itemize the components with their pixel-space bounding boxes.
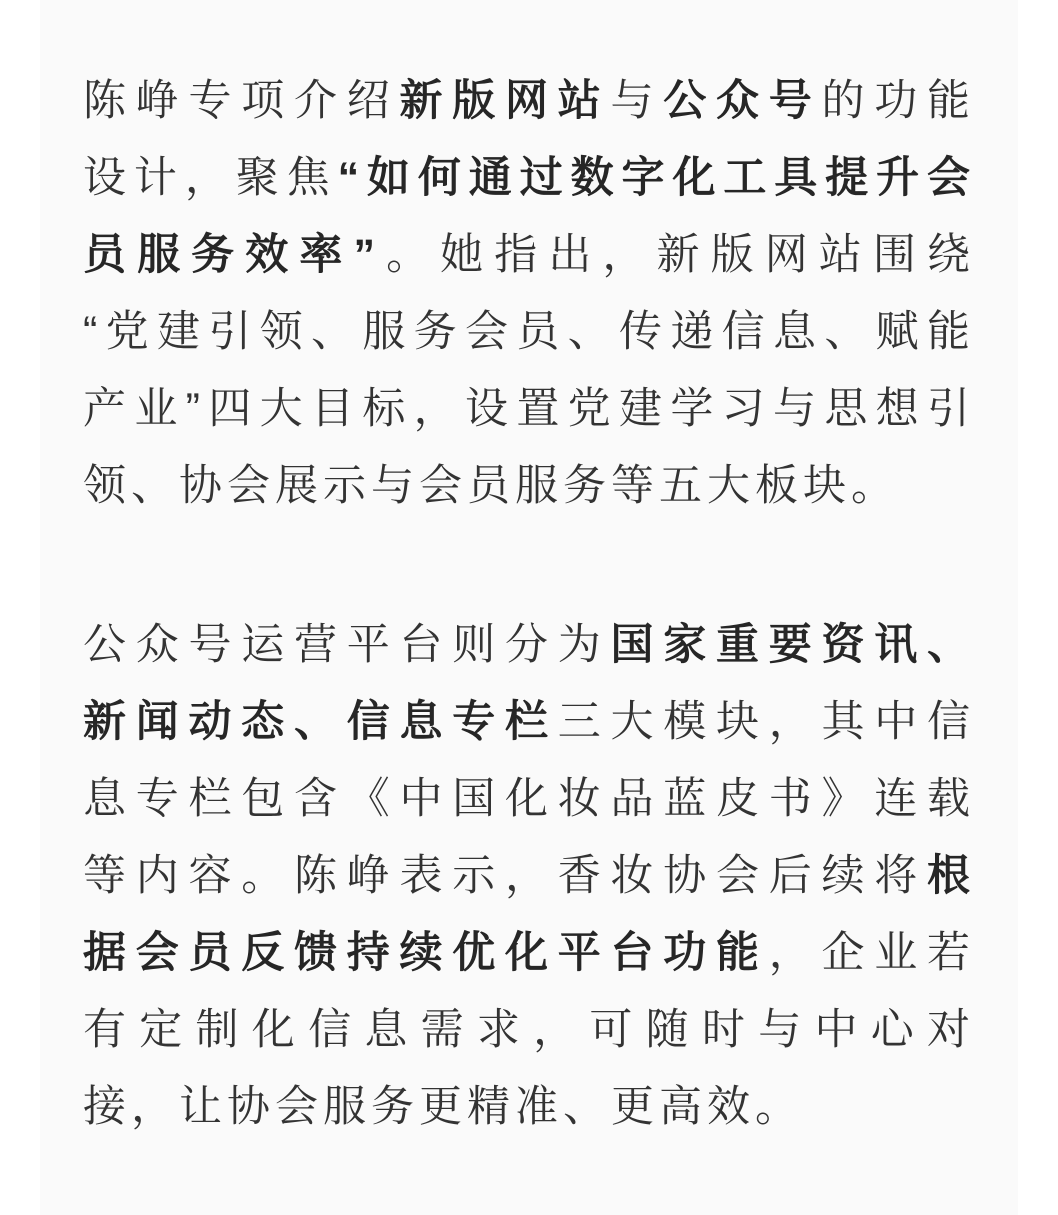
text-line: “党建引领、服务会员、传递信息、赋能: [83, 294, 975, 371]
text-line: 等内容。陈峥表示，香妆协会后续将根: [83, 838, 975, 915]
text-line: 陈峥专项介绍新版网站与公众号的功能: [83, 63, 975, 140]
text-run: ，企业若: [769, 929, 975, 977]
text-line: 产业”四大目标，设置党建学习与思想引: [83, 371, 975, 448]
text-run: 等内容。陈峥表示，香妆协会后续将: [83, 852, 927, 900]
bold-text-run: “如何通过数字化工具提升会: [338, 154, 975, 202]
text-run: 领、协会展示与会员服务等五大板块。: [83, 462, 899, 510]
page: { "page": { "background_color": "#ffffff…: [0, 0, 1058, 1215]
text-line: 领、协会展示与会员服务等五大板块。: [83, 448, 975, 525]
bold-text-run: 据会员反馈持续优化平台功能: [83, 929, 769, 977]
text-run: 三大模块，其中信: [558, 698, 975, 746]
text-line: 公众号运营平台则分为国家重要资讯、: [83, 607, 975, 684]
text-line: 有定制化信息需求，可随时与中心对: [83, 992, 975, 1069]
text-run: “党建引领、服务会员、传递信息、赋能: [83, 308, 975, 356]
text-run: 。她指出，新版网站围绕: [380, 231, 975, 279]
text-line: 息专栏包含《中国化妆品蓝皮书》连载: [83, 761, 975, 838]
text-run: 产业”四大目标，设置党建学习与思想引: [83, 385, 975, 433]
text-line: 据会员反馈持续优化平台功能，企业若: [83, 915, 975, 992]
text-line: 接，让协会服务更精准、更高效。: [83, 1069, 975, 1146]
text-run: 与: [611, 77, 664, 125]
text-line: 新闻动态、信息专栏三大模块，其中信: [83, 684, 975, 761]
text-run: 息专栏包含《中国化妆品蓝皮书》连载: [83, 775, 975, 823]
paragraph-2: 公众号运营平台则分为国家重要资讯、新闻动态、信息专栏三大模块，其中信息专栏包含《…: [83, 607, 975, 1146]
bold-text-run: 公众号: [663, 77, 821, 125]
paragraph-1: 陈峥专项介绍新版网站与公众号的功能设计，聚焦“如何通过数字化工具提升会员服务效率…: [83, 63, 975, 525]
text-run: 公众号运营平台则分为: [83, 621, 611, 669]
text-line: 设计，聚焦“如何通过数字化工具提升会: [83, 140, 975, 217]
text-run: 的功能: [822, 77, 976, 125]
article-body: 陈峥专项介绍新版网站与公众号的功能设计，聚焦“如何通过数字化工具提升会员服务效率…: [83, 63, 975, 1146]
text-run: 设计，聚焦: [83, 154, 338, 202]
bold-text-run: 新闻动态、信息专栏: [83, 698, 558, 746]
text-run: 有定制化信息需求，可随时与中心对: [83, 1006, 975, 1054]
text-line: 员服务效率”。她指出，新版网站围绕: [83, 217, 975, 294]
text-run: 陈峥专项介绍: [83, 77, 400, 125]
text-run: 接，让协会服务更精准、更高效。: [83, 1083, 803, 1131]
article-card: 陈峥专项介绍新版网站与公众号的功能设计，聚焦“如何通过数字化工具提升会员服务效率…: [40, 0, 1018, 1215]
bold-text-run: 国家重要资讯、: [611, 621, 976, 669]
bold-text-run: 新版网站: [400, 77, 611, 125]
bold-text-run: 根: [927, 852, 975, 900]
bold-text-run: 员服务效率”: [83, 231, 380, 279]
